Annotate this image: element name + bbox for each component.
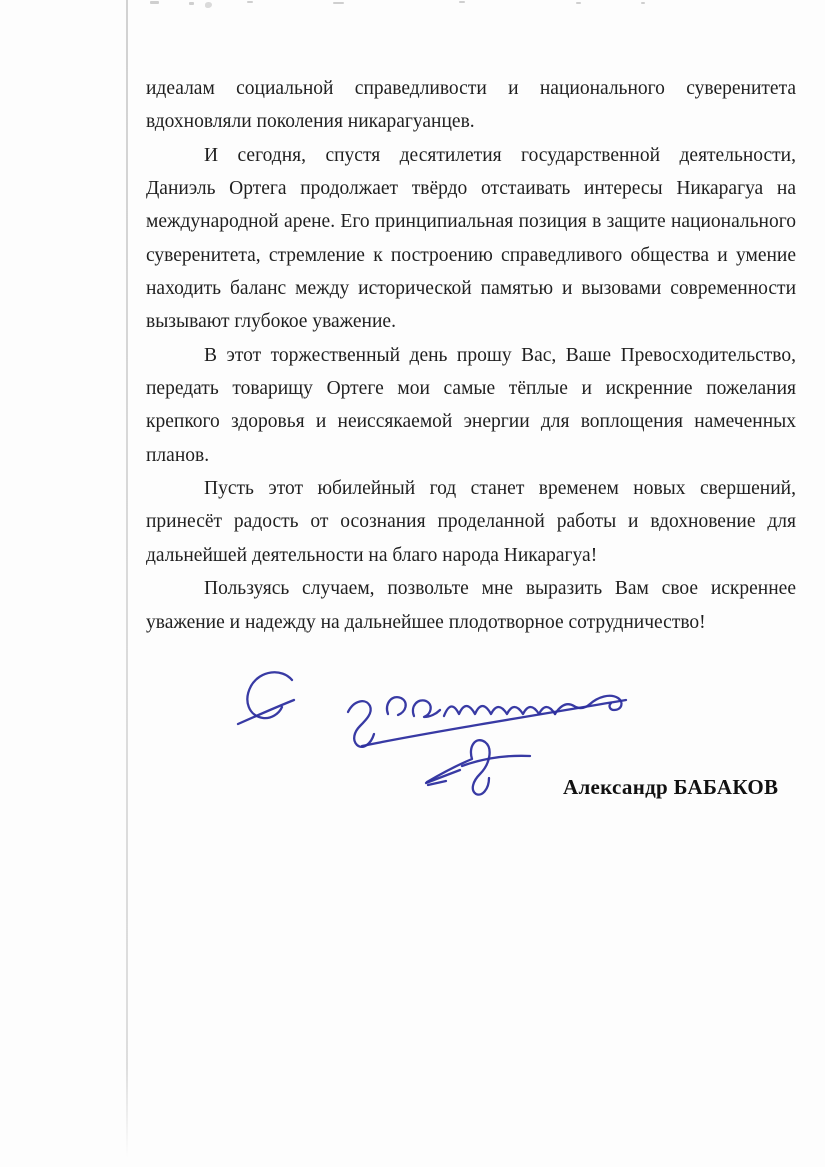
text-line: международной арене. Его принципиальная … xyxy=(146,205,796,238)
text-line: крепкого здоровья и неиссякаемой энергии… xyxy=(146,405,796,438)
paragraph: идеалам социальной справедливости и наци… xyxy=(146,72,796,139)
paragraph: В этот торжественный день прошу Вас, Ваш… xyxy=(146,339,796,472)
scan-artifact xyxy=(641,2,645,4)
text-line: принесёт радость от осознания проделанно… xyxy=(146,505,796,538)
scan-artifact xyxy=(150,1,159,4)
text-line: вдохновляли поколения никарагуанцев. xyxy=(146,105,796,138)
paragraph: Пусть этот юбилейный год станет временем… xyxy=(146,472,796,572)
scan-edge-line xyxy=(126,0,128,1158)
paragraph: И сегодня, спустя десятилетия государств… xyxy=(146,139,796,339)
text-line: Пусть этот юбилейный год станет временем… xyxy=(146,472,796,505)
scan-artifact xyxy=(333,2,344,4)
scan-artifact xyxy=(205,2,212,8)
scanned-letter-page: идеалам социальной справедливости и наци… xyxy=(0,0,825,1167)
text-line: передать товарищу Ортеге мои самые тёплы… xyxy=(146,372,796,405)
text-line: планов. xyxy=(146,439,796,472)
text-line: идеалам социальной справедливости и наци… xyxy=(146,72,796,105)
text-line: И сегодня, спустя десятилетия государств… xyxy=(146,139,796,172)
letter-body: идеалам социальной справедливости и наци… xyxy=(146,72,796,639)
signatory-name: Александр БАБАКОВ xyxy=(563,775,783,800)
scan-artifact xyxy=(189,2,194,5)
text-line: находить баланс между исторической памят… xyxy=(146,272,796,305)
text-line: Пользуясь случаем, позвольте мне выразит… xyxy=(146,572,796,605)
paragraph: Пользуясь случаем, позвольте мне выразит… xyxy=(146,572,796,639)
text-line: уважение и надежду на дальнейшее плодотв… xyxy=(146,606,796,639)
scan-artifact xyxy=(576,2,581,4)
text-line: вызывают глубокое уважение. xyxy=(146,305,796,338)
text-line: Даниэль Ортега продолжает твёрдо отстаив… xyxy=(146,172,796,205)
text-line: В этот торжественный день прошу Вас, Ваш… xyxy=(146,339,796,372)
scan-artifact xyxy=(459,1,465,3)
text-line: суверенитета, стремление к построению сп… xyxy=(146,239,796,272)
scan-artifact xyxy=(247,1,253,3)
text-line: дальнейшей деятельности на благо народа … xyxy=(146,539,796,572)
